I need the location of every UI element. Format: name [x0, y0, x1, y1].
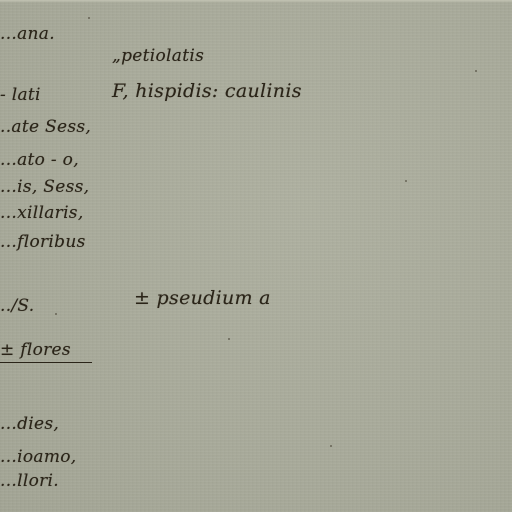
paper-speck	[475, 70, 477, 72]
left-fragment-xillaris: ...xillaris,	[0, 203, 84, 223]
left-fragment-floribus: ...floribus	[0, 232, 86, 252]
paper-speck	[330, 445, 332, 447]
left-fragment-dies: ...dies,	[0, 414, 59, 434]
paper-top-edge	[0, 0, 512, 3]
left-fragment-flores-underlined: ± flores	[0, 340, 92, 363]
left-fragment-ate-sess: ..ate Sess,	[0, 117, 91, 137]
left-fragment-ana: ...ana.	[0, 24, 55, 44]
manuscript-page: ...ana. - lati ..ate Sess, ...ato - o, .…	[0, 0, 512, 512]
paper-speck	[405, 180, 407, 182]
left-fragment-is-sess: ...is, Sess,	[0, 177, 89, 197]
left-fragment-s: ../S.	[0, 296, 34, 316]
paper-speck	[88, 17, 90, 19]
left-fragment-lati: - lati	[0, 85, 41, 105]
main-line-pseudium: ± pseudium a	[134, 287, 271, 309]
paper-speck	[55, 313, 57, 315]
left-fragment-ato-o: ...ato - o,	[0, 150, 79, 170]
left-fragment-llori: ...llori.	[0, 471, 59, 491]
left-fragment-ioamo: ...ioamo,	[0, 447, 76, 467]
main-line-hispidis-caulinis: F, hispidis: caulinis	[112, 80, 302, 102]
main-line-petiolatis: „petiolatis	[112, 46, 204, 66]
paper-speck	[228, 338, 230, 340]
